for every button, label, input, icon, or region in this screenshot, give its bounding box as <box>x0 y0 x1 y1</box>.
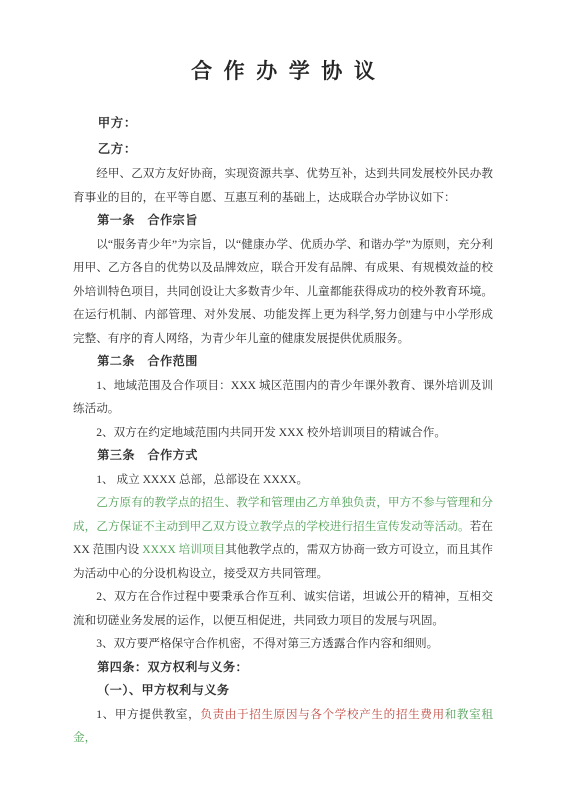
text-segment: 1、甲方提供教室， <box>96 708 200 721</box>
paragraph: 乙方原有的教学点的招生、教学和管理由乙方单独负责，甲方不参与管理和分成，乙方保证… <box>73 491 493 585</box>
section-heading: （一）、甲方权利与义务 <box>73 679 493 703</box>
text-segment: 乙方原有的教学点的招生、教学和管理由乙方单独负责，甲方不参与管理和分成，乙方保证… <box>73 496 493 533</box>
text-segment: 甲方： <box>98 116 137 130</box>
text-segment: 第一条 合作宗旨 <box>97 213 198 227</box>
paragraph: 1、地域范围及合作项目：XXX 城区范围内的青少年课外教育、课外培训及训练活动。 <box>73 374 493 421</box>
text-segment: 第四条：双方权利与义务： <box>97 660 248 674</box>
paragraph: 2、双方在约定地域范围内共同开发 XXX 校外培训项目的精诚合作。 <box>73 421 493 445</box>
document-body: 甲方：乙方：经甲、乙双方友好协商，实现资源共享、优势互补，达到共同发展校外民办教… <box>73 111 493 750</box>
text-segment: 1、 成立 XXXX 总部，总部设在 XXXX。 <box>96 473 308 486</box>
text-segment: 第二条 合作范围 <box>97 354 198 368</box>
text-segment: 2、双方在约定地域范围内共同开发 XXX 校外培训项目的精诚合作。 <box>96 426 446 439</box>
paragraph: 经甲、乙双方友好协商，实现资源共享、优势互补，达到共同发展校外民办教育事业的目的… <box>73 162 493 209</box>
text-segment: 以“服务青少年”为宗旨，以“健康办学、优质办学、和谐办学”为原则，充分利用甲、乙… <box>73 238 493 345</box>
text-segment: 负责由于招生原因与各个学校产生的招生费用 <box>200 708 444 721</box>
text-segment: 乙方： <box>98 142 137 156</box>
text-segment: 第三条 合作方式 <box>97 448 198 462</box>
section-heading: 第三条 合作方式 <box>73 444 493 468</box>
party-label: 乙方： <box>73 137 493 163</box>
text-segment: 3、双方要严格保守合作机密，不得对第三方透露合作内容和细则。 <box>96 637 438 650</box>
text-segment: 1、地域范围及合作项目：XXX 城区范围内的青少年课外教育、课外培训及训练活动。 <box>73 379 493 416</box>
paragraph: 3、双方要严格保守合作机密，不得对第三方透露合作内容和细则。 <box>73 632 493 656</box>
paragraph: 2、双方在合作过程中要秉承合作互利、诚实信诺，坦诚公开的精神，互相交流和切磋业务… <box>73 585 493 632</box>
section-heading: 第二条 合作范围 <box>73 350 493 374</box>
paragraph: 以“服务青少年”为宗旨，以“健康办学、优质办学、和谐办学”为原则，充分利用甲、乙… <box>73 233 493 351</box>
document-title: 合作办学协议 <box>0 58 566 84</box>
text-segment: 经甲、乙双方友好协商，实现资源共享、优势互补，达到共同发展校外民办教育事业的目的… <box>73 167 493 204</box>
section-heading: 第四条：双方权利与义务： <box>73 656 493 680</box>
document-page: 合作办学协议 甲方：乙方：经甲、乙双方友好协商，实现资源共享、优势互补，达到共同… <box>0 0 566 800</box>
party-label: 甲方： <box>73 111 493 137</box>
section-heading: 第一条 合作宗旨 <box>73 209 493 233</box>
text-segment: XXXX 培训项目 <box>142 543 225 556</box>
text-segment: （一）、甲方权利与义务 <box>97 683 229 697</box>
paragraph: 1、甲方提供教室，负责由于招生原因与各个学校产生的招生费用和教室租金， <box>73 703 493 750</box>
text-segment: 2、双方在合作过程中要秉承合作互利、诚实信诺，坦诚公开的精神，互相交流和切磋业务… <box>73 590 493 627</box>
paragraph: 1、 成立 XXXX 总部，总部设在 XXXX。 <box>73 468 493 492</box>
